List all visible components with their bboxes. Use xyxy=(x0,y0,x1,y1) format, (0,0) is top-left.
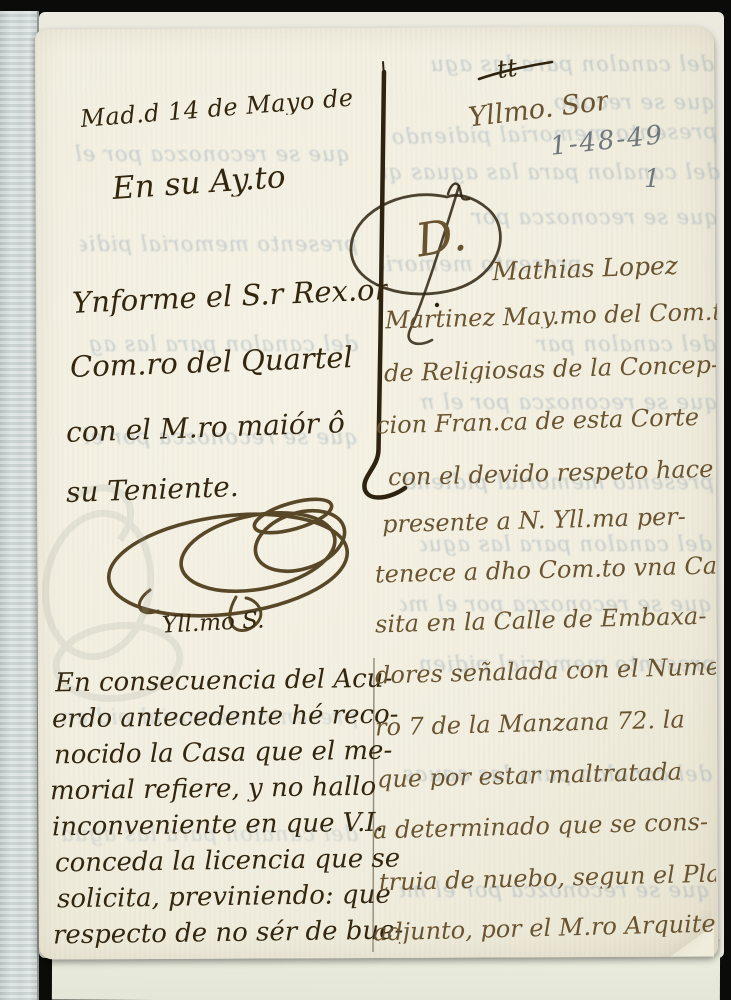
report-line: morial refiere, y no hallo xyxy=(50,774,377,805)
page-content: del canalon para las aguas que vierten e… xyxy=(0,0,731,1000)
report-line: En consecuencia del Acu- xyxy=(55,666,393,697)
petition-line: ro 7 de la Manzana 72. la xyxy=(375,707,717,740)
petition-line: sita en la Calle de Embaxa- xyxy=(375,604,717,637)
report-line: inconveniente en que V.I. xyxy=(52,810,384,841)
petition-line: adjunto, por el M.ro Arquitec.to xyxy=(373,912,717,945)
verso-bleedthrough-line: que se reconozca por el maestro maior la… xyxy=(70,142,350,166)
closing-salutation: Yll.mo S. xyxy=(161,609,264,637)
petition-line: a determinado que se cons- xyxy=(373,810,717,843)
verso-bleedthrough-line: del canalon para las aguas que vierten e… xyxy=(382,160,720,184)
crossed-tt-mark: tt xyxy=(496,55,519,82)
pencil-reference: 1-48-49 xyxy=(549,122,665,160)
verso-bleedthrough-line: que se reconozca por el maestro maior la… xyxy=(468,205,718,229)
verso-bleedthrough-line: presento memorial pidiendo licencia para… xyxy=(80,232,358,256)
verso-bleedthrough-line: del canalon para las aguas que vierten e… xyxy=(420,532,712,556)
report-line: conceda la licencia que se xyxy=(55,846,400,877)
rubric-flourish xyxy=(103,492,353,630)
decree-line: Ynforme el S.r Rex.or xyxy=(72,275,389,318)
dateline: Mad.d 14 de Mayo de 1777. xyxy=(79,85,360,131)
session-note: En su Ay.to xyxy=(111,162,286,205)
petition-line: tenece a dho Com.to vna Casa xyxy=(375,554,717,587)
decree-line: con el M.ro maiór ô xyxy=(66,409,346,447)
decree-line: Com.ro del Quartel xyxy=(70,343,354,382)
petition-initial: D. xyxy=(413,210,469,263)
report-line: erdo antecedente hé reco- xyxy=(52,702,399,733)
decree-line: su Teniente. xyxy=(66,473,240,507)
petition-line: cion Fran.ca de esta Corte xyxy=(376,405,717,438)
petition-line: de Religiosas de la Concep- xyxy=(384,353,717,386)
report-line: nocido la Casa que el me- xyxy=(54,738,393,769)
petition-line: Mathias Lopez xyxy=(492,253,679,284)
pencil-folio-number: 1 xyxy=(644,166,660,191)
report-line: solicita, previniendo: que xyxy=(57,882,391,913)
petition-line: presente a N. Yll.ma per- xyxy=(382,504,717,537)
petition-line: truia de nuebo, segun el Plan xyxy=(379,862,717,895)
petition-line: Martinez May.mo del Com.to xyxy=(385,300,718,333)
petition-line: dores señalada con el Nume- xyxy=(375,655,717,688)
petition-line: con el devido respeto hace xyxy=(388,457,717,490)
petition-line: que por estar maltratada xyxy=(377,759,717,792)
right-salutation: Yllmo. Sor xyxy=(467,87,611,131)
verso-bleedthrough-line: del canalon para las aguas que vierten e… xyxy=(430,52,714,76)
manuscript-scan: del canalon para las aguas que vierten e… xyxy=(0,0,731,1000)
report-line: respecto de no sér de bue- xyxy=(53,918,404,949)
